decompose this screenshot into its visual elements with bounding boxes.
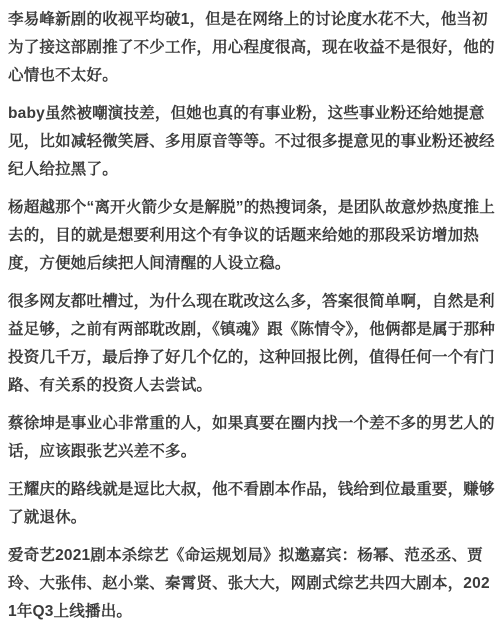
paragraph-danggai-dramas: 很多网友都吐槽过，为什么现在耽改这么多，答案很简单啊，自然是利益足够，之前有两部…: [8, 288, 495, 400]
paragraph-liyifeng: 李易峰新剧的收视平均破1，但是在网络上的讨论度水花不大，他当初为了接这部剧推了不…: [8, 6, 495, 90]
article-page: { "theme": { "background": "#ffffff", "t…: [0, 0, 500, 634]
paragraph-yangchaoyue: 杨超越那个“离开火箭少女是解脱”的热搜词条，是团队故意炒热度推上去的，目的就是想…: [8, 194, 495, 278]
paragraph-baby: baby虽然被嘲演技差，但她也真的有事业粉，这些事业粉还给她提意见，比如减轻微笑…: [8, 100, 495, 184]
article: 李易峰新剧的收视平均破1，但是在网络上的讨论度水花不大，他当初为了接这部剧推了不…: [0, 0, 500, 626]
paragraph-caixukun: 蔡徐坤是事业心非常重的人，如果真要在圈内找一个差不多的男艺人的话，应该跟张艺兴差…: [8, 410, 495, 466]
paragraph-wangyaoqing: 王耀庆的路线就是逗比大叔，他不看剧本作品，钱给到位最重要，赚够了就退休。: [8, 476, 495, 532]
paragraph-iqiyi-variety: 爱奇艺2021剧本杀综艺《命运规划局》拟邀嘉宾：杨幂、范丞丞、贾玲、大张伟、赵小…: [8, 542, 495, 626]
